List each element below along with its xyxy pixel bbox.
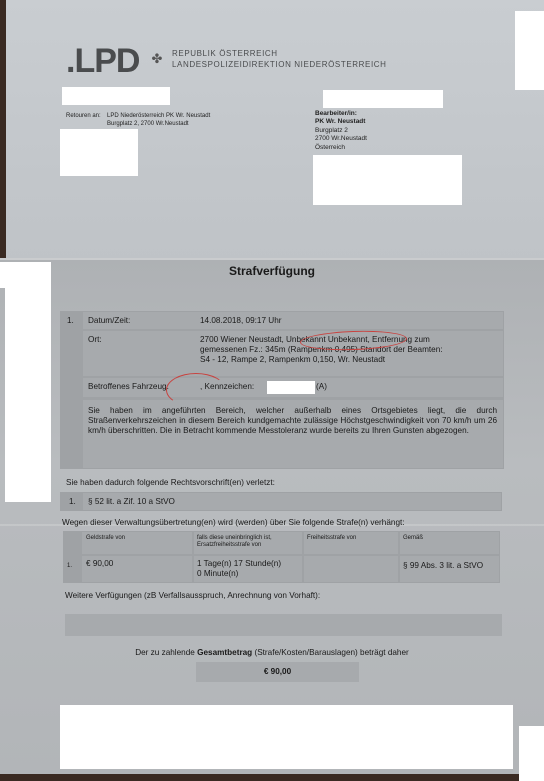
handler-office: PK Wr. Neustadt [315,118,365,125]
penalty-basis: § 99 Abs. 3 lit. a StVO [403,561,483,571]
date-label: Datum/Zeit: [88,316,130,326]
redaction [313,155,462,205]
total-prefix: Der zu zahlende [135,648,197,657]
organization-name: REPUBLIK ÖSTERREICH LANDESPOLIZEIDIREKTI… [172,48,387,70]
header-fine: Geldstrafe von [86,535,125,542]
return-address-line-2: Burgplatz 2, 2700 Wr.Neustadt [107,120,189,128]
paper-fold [0,258,544,260]
total-suffix: (Strafe/Kosten/Barauslagen) beträgt dahe… [252,648,409,657]
redaction [60,129,138,176]
further-orders-label: Weitere Verfügungen (zB Verfallsausspruc… [65,591,320,601]
penalty-number: 1. [67,561,72,571]
austrian-eagle-icon: ✤ [150,52,164,66]
place-label: Ort: [88,335,102,345]
total-sentence: Der zu zahlende Gesamtbetrag (Strafe/Kos… [0,648,544,658]
header-substitute: falls diese uneinbringlich ist, Ersatzfr… [197,535,299,549]
violation-text: § 52 lit. a Zif. 10 a StVO [88,497,175,507]
redaction [5,262,51,502]
redaction [515,11,544,90]
org-line-1: REPUBLIK ÖSTERREICH [172,48,387,59]
handler-label: Bearbeiter/in: [315,110,357,117]
offense-description: Sie haben im angeführten Bereich, welche… [88,406,497,436]
date-value: 14.08.2018, 09:17 Uhr [200,316,281,326]
redaction [323,90,443,108]
redaction [60,705,513,769]
license-plate-redaction [267,381,315,394]
handler-block: Bearbeiter/in: PK Wr. Neustadt Burgplatz… [315,110,367,152]
handler-street: Burgplatz 2 [315,127,367,135]
header-basis: Gemäß [403,535,423,542]
redaction [519,726,544,781]
plate-suffix: (A) [316,382,327,392]
violations-intro: Sie haben dadurch folgende Rechtsvorschr… [66,478,275,488]
total-amount: € 90,00 [196,667,359,677]
further-orders-value [65,614,502,636]
lpd-logo: .LPD [66,44,139,78]
penalty-fine: € 90,00 [86,559,113,569]
penalties-intro: Wegen dieser Verwaltungsübertretung(en) … [62,518,405,528]
annotation-circle-vehicle [166,373,226,407]
offense-date-row [83,312,503,329]
penalty-substitute-line-1: 1 Tage(n) 17 Stunde(n) [197,559,281,569]
violation-number: 1. [69,497,76,507]
offense-number: 1. [67,316,74,326]
redaction [62,87,170,105]
penalty-substitute-line-2: 0 Minute(n) [197,569,238,579]
return-address-line-1: LPD Niederösterreich PK Wr. Neustadt [107,112,210,120]
handler-city: 2700 Wr.Neustadt [315,135,367,143]
vehicle-label: Betroffenes Fahrzeug: [88,382,169,392]
place-line-3: S4 - 12, Rampe 2, Rampenkm 0,150, Wr. Ne… [200,355,500,365]
return-address-label: Retouren an: [66,112,101,120]
org-line-2: LANDESPOLIZEIDIREKTION NIEDERÖSTERREICH [172,59,387,70]
handler-country: Österreich [315,144,367,152]
total-bold: Gesamtbetrag [197,648,252,657]
header-imprisonment: Freiheitsstrafe von [307,535,356,542]
document-title: Strafverfügung [0,264,544,278]
penalty-cell [304,556,398,582]
